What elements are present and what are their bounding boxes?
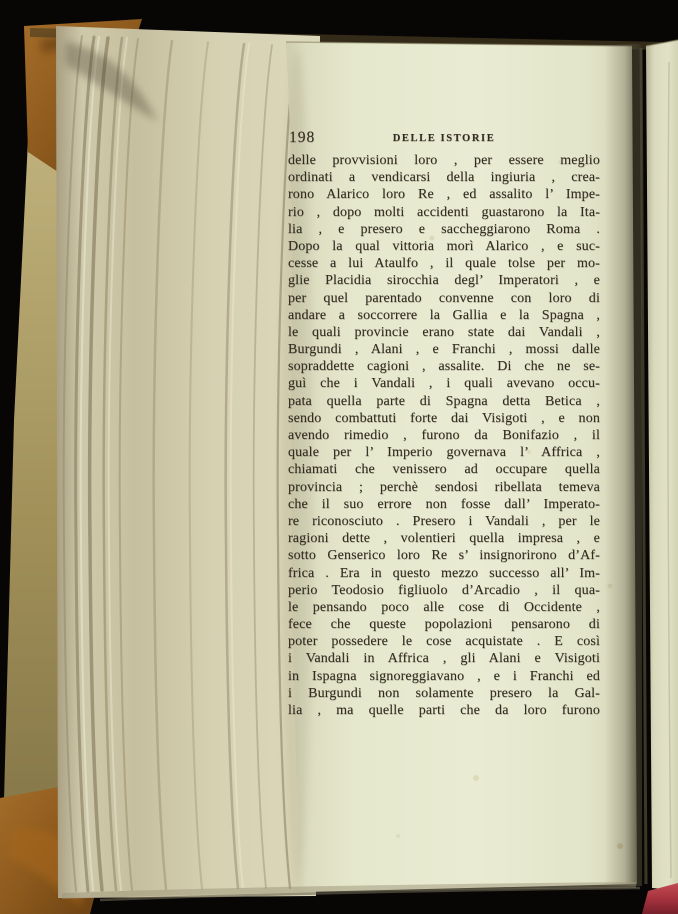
text-line: pata quella parte di Spagna detta Betica… [288, 393, 600, 410]
text-line: sendo combattuti forte dai Visigoti , e … [288, 410, 600, 427]
text-line: re riconosciuto . Presero i Vandali , pe… [288, 513, 600, 530]
page-number: 198 [289, 129, 315, 147]
text-line: chiamati che venissero ad occupare quell… [288, 461, 600, 478]
page-header: 198 DELLE ISTORIE [288, 129, 600, 152]
text-line: fece che queste popolazioni pensarono di [288, 616, 600, 633]
text-line: perio Teodosio figliuolo d’Arcadio , il … [288, 582, 600, 599]
text-line: le quali provincie erano state dai Vanda… [288, 324, 600, 341]
text-line: rono Alarico loro Re , ed assalito l’ Im… [288, 186, 600, 203]
gutter-shadow [604, 44, 642, 886]
text-line: che il suo errore non fosse dall’ Impera… [288, 496, 600, 513]
text-line: ordinati a vendicarsi della ingiuria , c… [288, 169, 600, 186]
text-line: ragioni dette , volentieri quella impres… [288, 530, 600, 547]
text-line: sopraddette cagioni , assalite. Di che n… [288, 358, 600, 375]
text-line: i Vandali in Affrica , gli Alani e Visig… [288, 650, 600, 667]
text-line: Dopo la qual vittoria morì Alarico , e s… [288, 238, 600, 255]
running-header: DELLE ISTORIE [393, 133, 496, 144]
text-line: poter possedere le cose acquistate . E c… [288, 633, 600, 650]
text-line: lia , e presero e saccheggiarono Roma . [288, 221, 600, 238]
text-line: sotto Genserico loro Re s’ insignorirono… [288, 547, 600, 564]
text-line: per quel parentado convenne con loro di [288, 290, 600, 307]
text-line: frica . Era in questo mezzo successo all… [288, 565, 600, 582]
text-line: Burgundi , Alani , e Franchi , mossi dal… [288, 341, 600, 358]
text-line: avendo rimedio , furono da Bonifazio , i… [288, 427, 600, 444]
text-line: lia , ma quelle parti che da loro furono [288, 702, 600, 719]
text-line: provincia ; perchè sendosi ribellata tem… [288, 479, 600, 496]
text-line: cesse a lui Ataulfo , il quale tolse per… [288, 255, 600, 272]
text-line: in Ispagna signoreggiavano , e i Franchi… [288, 668, 600, 685]
text-line: andare a soccorrere la Gallia e la Spagn… [288, 307, 600, 324]
page-content: 198 DELLE ISTORIE delle provvisioni loro… [288, 129, 600, 719]
text-line: rio , dopo molti accidenti guastarono la… [288, 204, 600, 221]
text-line: le pensando poco alle cose di Occidente … [288, 599, 600, 616]
text-line: quale per l’ Imperio governava l’ Affric… [288, 444, 600, 461]
page-body: delle provvisioni loro , per essere megl… [288, 152, 600, 719]
text-line: delle provvisioni loro , per essere megl… [288, 152, 600, 169]
text-line: i Burgundi non solamente presero la Gal- [288, 685, 600, 702]
text-line: guì che i Vandali , i quali avevano occu… [288, 375, 600, 392]
text-line: glie Placidia sirocchia degl’ Imperatori… [288, 272, 600, 289]
book-scan: 198 DELLE ISTORIE delle provvisioni loro… [0, 0, 678, 914]
